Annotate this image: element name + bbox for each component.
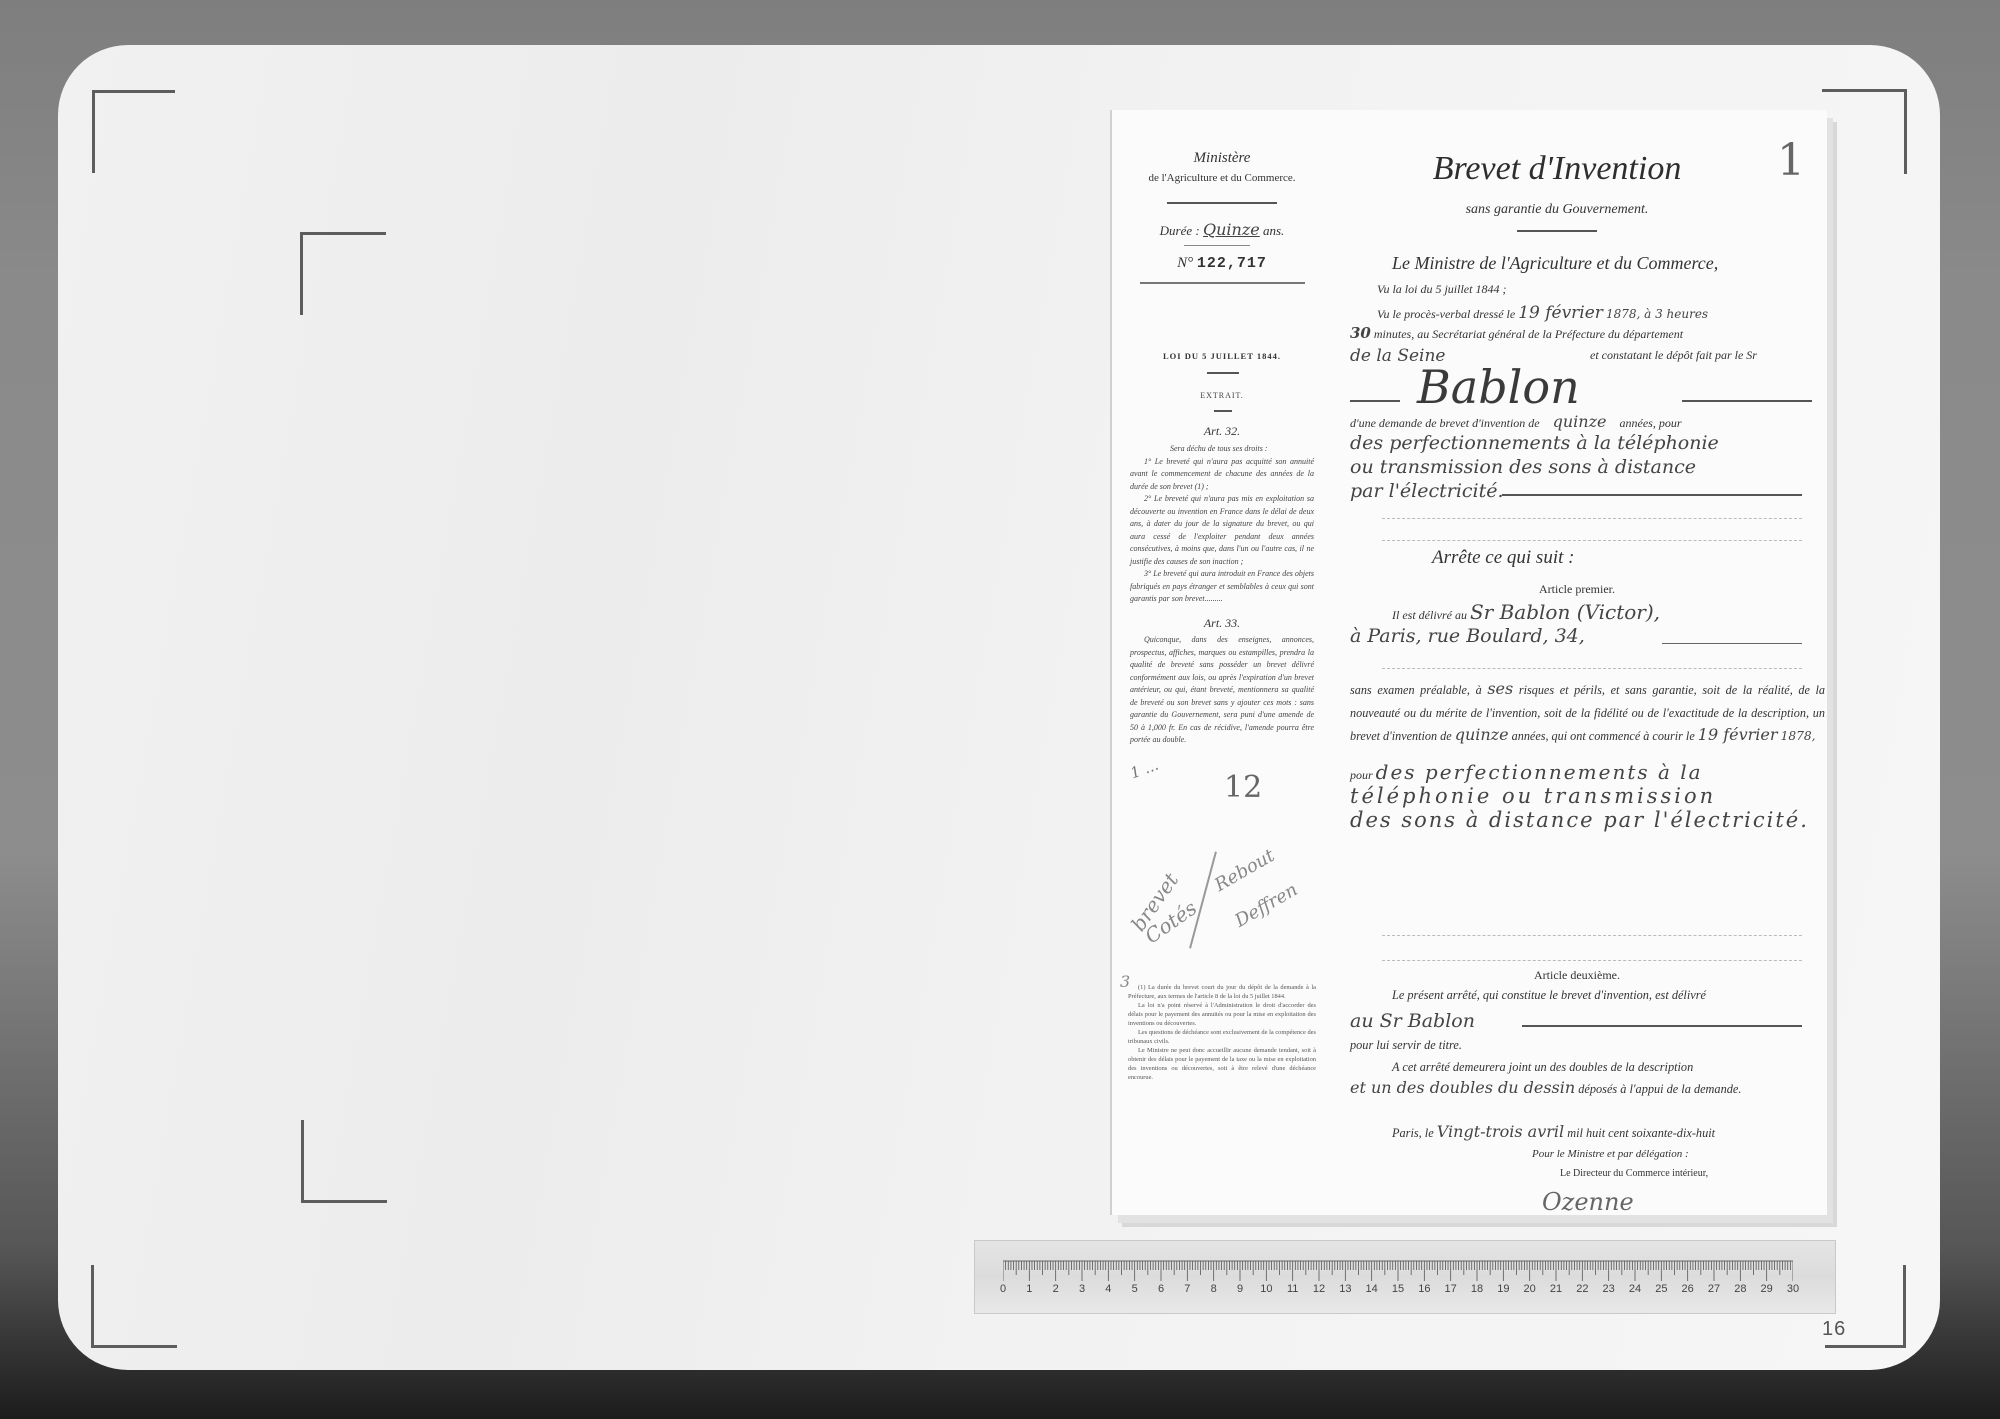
ruler-label: 19: [1497, 1283, 1509, 1295]
margin-note-b: 12: [1224, 770, 1262, 805]
art32-body: Sera déchu de tous ses droits : 1° Le br…: [1112, 443, 1332, 606]
blank-line-5: [1382, 960, 1802, 961]
ruler-label: 18: [1471, 1283, 1483, 1295]
extract-label: EXTRAIT.: [1112, 391, 1332, 400]
address-line: [1662, 643, 1802, 644]
pv-year: 1878, à 3 heures: [1606, 307, 1708, 321]
duration-line: Durée : Quinze ans.: [1112, 220, 1332, 239]
ruler-label: 13: [1339, 1283, 1351, 1295]
ruler-label: 28: [1734, 1283, 1746, 1295]
director-signature: Ozenne: [1542, 1188, 1634, 1216]
corner-mark-top-left: [92, 90, 175, 173]
article-1-duration: quinze: [1455, 725, 1509, 744]
date-handwritten: Vingt-trois avril: [1437, 1122, 1564, 1141]
invention-end-line: [1502, 494, 1802, 496]
ruler-label: 12: [1313, 1283, 1325, 1295]
ruler-label: 14: [1366, 1283, 1378, 1295]
ruler-label: 26: [1682, 1283, 1694, 1295]
ruler-label: 30: [1787, 1283, 1799, 1295]
ruler-label: 5: [1132, 1283, 1138, 1295]
document-right-column: 1 Brevet d'Invention sans garantie du Go…: [1332, 110, 1827, 1215]
deposit-text: et constatant le dépôt fait par le Sr: [1590, 348, 1757, 363]
margin-note-a: 1 ...: [1128, 756, 1161, 783]
article-1-prefix: Il est délivré au: [1392, 608, 1467, 622]
article-2-body-3: A cet arrêté demeurera joint un des doub…: [1392, 1060, 1693, 1075]
art32-paragraph-3: 3° Le breveté qui aura introduit en Fran…: [1112, 568, 1332, 606]
ruler-label: 3: [1079, 1283, 1085, 1295]
article-2-title: Article deuxième.: [1332, 968, 1822, 983]
ruler-label: 7: [1184, 1283, 1190, 1295]
document-title: Brevet d'Invention: [1332, 150, 1782, 188]
ruler-label: 20: [1524, 1283, 1536, 1295]
inner-corner-mark-top-left: [300, 232, 386, 315]
name-line-right: [1682, 400, 1812, 402]
number-label: N°: [1177, 255, 1193, 271]
name-line-left: [1350, 400, 1400, 402]
footnotes: (1) La durée du brevet court du jour du …: [1112, 983, 1332, 1082]
article-1-body-3: années, qui ont commencé à courir le: [1512, 729, 1695, 743]
request-line: d'une demande de brevet d'invention de q…: [1350, 412, 1820, 431]
article-2-body-2: pour lui servir de titre.: [1350, 1038, 1462, 1053]
article-1-body-1: sans examen préalable, à: [1350, 683, 1482, 697]
arrete-heading: Arrête ce qui suit :: [1432, 547, 1574, 569]
pv-rest: minutes, au Secrétariat général de la Pr…: [1374, 327, 1683, 341]
ruler-label: 25: [1655, 1283, 1667, 1295]
article-1-recipient: Il est délivré au Sr Bablon (Victor),: [1392, 600, 1822, 624]
article-2-attachments: et un des doubles du dessin déposés à l'…: [1350, 1078, 1825, 1097]
margin-note-divider: [1189, 851, 1217, 948]
art32-paragraph-2: 2° Le breveté qui n'aura pas mis en expl…: [1112, 493, 1332, 568]
ruler-labels: 0123456789101112131415161718192021222324…: [1003, 1283, 1793, 1299]
invention-line-2: ou transmission des sons à distance: [1350, 456, 1696, 478]
ruler-label: 2: [1053, 1283, 1059, 1295]
blank-line-4: [1382, 935, 1802, 936]
blank-line-2: [1382, 540, 1802, 541]
document-left-column: Ministère de l'Agriculture et du Commerc…: [1112, 110, 1332, 1215]
article-2-name: au Sr Bablon: [1350, 1010, 1475, 1032]
art32-title: Art. 32.: [1112, 424, 1332, 439]
article-1-name: Sr Bablon (Victor),: [1470, 600, 1660, 624]
header-divider: [1140, 282, 1305, 284]
footnote-1: (1) La durée du brevet court du jour du …: [1112, 983, 1332, 1001]
article-2-body-1: Le présent arrêté, qui constitue le brev…: [1392, 988, 1706, 1003]
date-suffix: mil huit cent soixante-dix-huit: [1567, 1126, 1715, 1140]
blank-line-3: [1382, 668, 1802, 669]
article-1-date: 19 février: [1698, 725, 1778, 744]
law-divider: [1207, 372, 1239, 374]
applicant-name: Bablon: [1417, 360, 1580, 414]
ruler-label: 17: [1445, 1283, 1457, 1295]
patent-document: Ministère de l'Agriculture et du Commerc…: [1112, 110, 1827, 1215]
date-line: Paris, le Vingt-trois avril mil huit cen…: [1392, 1122, 1832, 1141]
art33-body: Quiconque, dans des enseignes, annonces,…: [1112, 634, 1332, 747]
signature-line-2: Le Directeur du Commerce intérieur,: [1560, 1168, 1708, 1179]
article-2-handwritten: et un des doubles du dessin: [1350, 1078, 1575, 1097]
ruler-label: 22: [1576, 1283, 1588, 1295]
request-duration: quinze: [1543, 412, 1617, 431]
pv-date: 19 février: [1518, 303, 1603, 323]
pv-prefix: Vu le procès-verbal dressé le: [1377, 307, 1515, 321]
ruler-label: 27: [1708, 1283, 1720, 1295]
blank-line-1: [1382, 518, 1802, 519]
pv-minutes-line: 30 minutes, au Secrétariat général de la…: [1350, 324, 1820, 342]
art33-paragraph: Quiconque, dans des enseignes, annonces,…: [1112, 634, 1332, 747]
ornament-divider: [1167, 202, 1277, 204]
article-1-invention-1: des perfectionnements à la: [1376, 760, 1703, 784]
article-1-invention: pour des perfectionnements à la téléphon…: [1350, 760, 1825, 832]
sheet-number: 16: [1822, 1318, 1846, 1341]
article-2-body-4: déposés à l'appui de la demande.: [1578, 1082, 1741, 1096]
signature-line-1: Pour le Ministre et par délégation :: [1532, 1148, 1689, 1160]
inner-corner-mark-bottom-left: [301, 1120, 387, 1203]
art33-title: Art. 33.: [1112, 616, 1332, 631]
ruler-label: 24: [1629, 1283, 1641, 1295]
ruler-label: 8: [1211, 1283, 1217, 1295]
ministry-line-2: de l'Agriculture et du Commerce.: [1112, 172, 1332, 184]
footnote-4: Le Ministre ne peut donc accueillir aucu…: [1112, 1046, 1332, 1082]
corner-mark-top-right: [1822, 89, 1907, 174]
ruler-label: 6: [1158, 1283, 1164, 1295]
duration-value: Quinze: [1203, 220, 1260, 239]
pv-minutes: 30: [1350, 324, 1371, 342]
ruler-ticks: [1003, 1259, 1793, 1281]
patent-number: 122,717: [1197, 255, 1267, 272]
ruler-label: 16: [1418, 1283, 1430, 1295]
article-1-invention-2: téléphonie ou transmission: [1350, 784, 1825, 808]
margin-note-f: Deffren: [1231, 879, 1301, 932]
vu-loi: Vu la loi du 5 juillet 1844 ;: [1377, 282, 1506, 297]
invention-line-3: par l'électricité.: [1350, 480, 1504, 502]
corner-mark-bottom-left: [91, 1265, 177, 1348]
article-1-title: Article premier.: [1332, 582, 1822, 597]
article-1-invention-3: des sons à distance par l'électricité.: [1350, 808, 1825, 832]
article-1-year: 1878,: [1781, 729, 1816, 743]
invention-line-1: des perfectionnements à la téléphonie: [1350, 432, 1719, 454]
article-1-pour: pour: [1350, 768, 1373, 782]
ruler-label: 1: [1026, 1283, 1032, 1295]
ruler-label: 21: [1550, 1283, 1562, 1295]
duration-label: Durée :: [1160, 223, 1200, 238]
article-2-name-line: [1522, 1025, 1802, 1027]
ruler-label: 4: [1105, 1283, 1111, 1295]
article-1-risk: ses: [1487, 679, 1513, 698]
ruler-label: 23: [1603, 1283, 1615, 1295]
ruler-label: 0: [1000, 1283, 1006, 1295]
article-1-address: à Paris, rue Boulard, 34,: [1350, 625, 1585, 647]
request-prefix: d'une demande de brevet d'invention de: [1350, 416, 1540, 430]
date-prefix: Paris, le: [1392, 1126, 1434, 1140]
art32-paragraph-1: 1° Le breveté qui n'aura pas acquitté so…: [1112, 456, 1332, 494]
ruler-label: 11: [1287, 1283, 1298, 1295]
footnote-3: Les questions de déchéance sont exclusiv…: [1112, 1028, 1332, 1046]
ruler-label: 9: [1237, 1283, 1243, 1295]
patent-number-line: N° 122,717: [1112, 255, 1332, 272]
article-1-body: sans examen préalable, à ses risques et …: [1350, 678, 1825, 748]
ministry-line-1: Ministère: [1112, 150, 1332, 167]
ruler-label: 15: [1392, 1283, 1404, 1295]
duration-unit: ans.: [1263, 223, 1284, 238]
vu-proces-verbal: Vu le procès-verbal dressé le 19 février…: [1377, 303, 1827, 323]
margin-note-e: Rebout: [1211, 845, 1278, 896]
ruler-label: 29: [1761, 1283, 1773, 1295]
duration-divider: [1184, 245, 1250, 246]
law-title: LOI DU 5 JUILLET 1844.: [1112, 351, 1332, 361]
minister-line: Le Ministre de l'Agriculture et du Comme…: [1392, 253, 1718, 274]
measurement-ruler: 0123456789101112131415161718192021222324…: [974, 1240, 1836, 1314]
footnote-2: La loi n'a point réservé à l'Administrat…: [1112, 1001, 1332, 1028]
document-subtitle: sans garantie du Gouvernement.: [1332, 202, 1782, 218]
request-suffix: années, pour: [1620, 416, 1682, 430]
extract-divider: [1214, 410, 1232, 412]
art32-intro: Sera déchu de tous ses droits :: [1112, 443, 1332, 456]
title-divider: [1517, 230, 1597, 232]
ruler-label: 10: [1260, 1283, 1272, 1295]
